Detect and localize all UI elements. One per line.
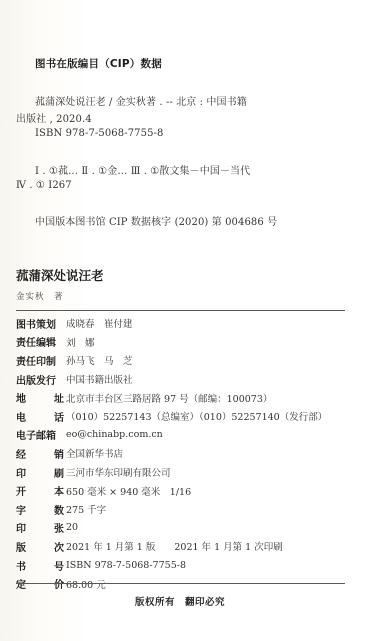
info-row-isbn: 书号 ISBN 978-7-5068-7755-8	[16, 556, 346, 575]
publication-info-list: 图书策划 成晓春 崔付建 责任编辑 刘 娜 责任印制 孙马飞 马 芝 出版发行 …	[16, 314, 346, 593]
cip-line-2: 出版社 , 2020.4	[16, 110, 92, 125]
info-label: 书号	[16, 558, 64, 573]
info-row-editor: 责任编辑 刘 娜	[16, 333, 346, 352]
info-value: 650 毫米 × 940 毫米 1/16	[66, 484, 191, 498]
book-author: 金实秋 著	[16, 290, 64, 302]
info-row-publisher: 出版发行 中国书籍出版社	[16, 370, 346, 389]
copyright-notice: 版权所有 翻印必究	[0, 594, 360, 608]
info-row-planner: 图书策划 成晓春 崔付建	[16, 314, 346, 333]
info-row-sheets: 印张 20	[16, 519, 346, 538]
cip-heading: 图书在版编目（CIP）数据	[35, 56, 162, 71]
info-label: 地址	[16, 390, 64, 405]
info-value: 刘 娜	[66, 335, 95, 349]
info-label: 电子邮箱	[16, 427, 64, 442]
info-value: 2021 年 1 月第 1 版 2021 年 1 月第 1 次印刷	[66, 539, 283, 553]
bottom-divider	[16, 583, 345, 584]
info-label: 印张	[16, 520, 64, 535]
info-value: 成晓春 崔付建	[66, 316, 133, 330]
info-value: 全国新华书店	[66, 446, 123, 460]
info-value: 中国书籍出版社	[66, 372, 133, 386]
info-value: 20	[66, 522, 78, 533]
cip-line-1: 菰蒲深处说汪老 / 金实秋著 . -- 北京 : 中国书籍	[35, 93, 247, 108]
info-label: 印刷	[16, 465, 64, 480]
info-label: 经销	[16, 446, 64, 461]
info-row-address: 地址 北京市丰台区三路居路 97 号（邮编：100073）	[16, 388, 346, 407]
cip-classification-2: Ⅳ . ① I267	[16, 180, 72, 191]
top-divider	[16, 310, 345, 311]
info-row-phone: 电话 （010）52257143（总编室）（010）52257140（发行部）	[16, 407, 346, 426]
info-label: 电话	[16, 409, 64, 424]
info-label: 字数	[16, 502, 64, 517]
info-label: 责任编辑	[16, 334, 64, 349]
info-value: 北京市丰台区三路居路 97 号（邮编：100073）	[66, 391, 272, 405]
info-value: eo@chinabp.com.cn	[66, 429, 163, 440]
cip-number: 中国版本图书馆 CIP 数据核字 (2020) 第 004686 号	[35, 213, 277, 228]
info-row-distributor: 经销 全国新华书店	[16, 444, 346, 463]
info-row-format: 开本 650 毫米 × 940 毫米 1/16	[16, 481, 346, 500]
info-value: 275 千字	[66, 502, 106, 516]
cip-isbn: ISBN 978-7-5068-7755-8	[35, 128, 164, 139]
info-value: 孙马飞 马 芝	[66, 353, 133, 367]
info-row-printer: 印刷 三河市华东印刷有限公司	[16, 463, 346, 482]
info-row-edition: 版次 2021 年 1 月第 1 版 2021 年 1 月第 1 次印刷	[16, 537, 346, 556]
info-value: ISBN 978-7-5068-7755-8	[66, 560, 186, 571]
info-label: 图书策划	[16, 316, 64, 331]
copyright-page: 图书在版编目（CIP）数据 菰蒲深处说汪老 / 金实秋著 . -- 北京 : 中…	[0, 0, 375, 641]
cip-classification-1: Ⅰ . ①菰… Ⅱ . ①金… Ⅲ . ①散文集－中国－当代	[35, 162, 250, 177]
info-label: 开本	[16, 483, 64, 498]
info-row-word-count: 字数 275 千字	[16, 500, 346, 519]
info-row-print-supervisor: 责任印制 孙马飞 马 芝	[16, 351, 346, 370]
book-title: 菰蒲深处说汪老	[16, 266, 104, 284]
info-value: 三河市华东印刷有限公司	[66, 465, 171, 479]
info-label: 版次	[16, 539, 64, 554]
info-label: 出版发行	[16, 372, 64, 387]
info-row-email: 电子邮箱 eo@chinabp.com.cn	[16, 426, 346, 445]
info-label: 责任印制	[16, 353, 64, 368]
info-value: （010）52257143（总编室）（010）52257140（发行部）	[66, 409, 327, 423]
